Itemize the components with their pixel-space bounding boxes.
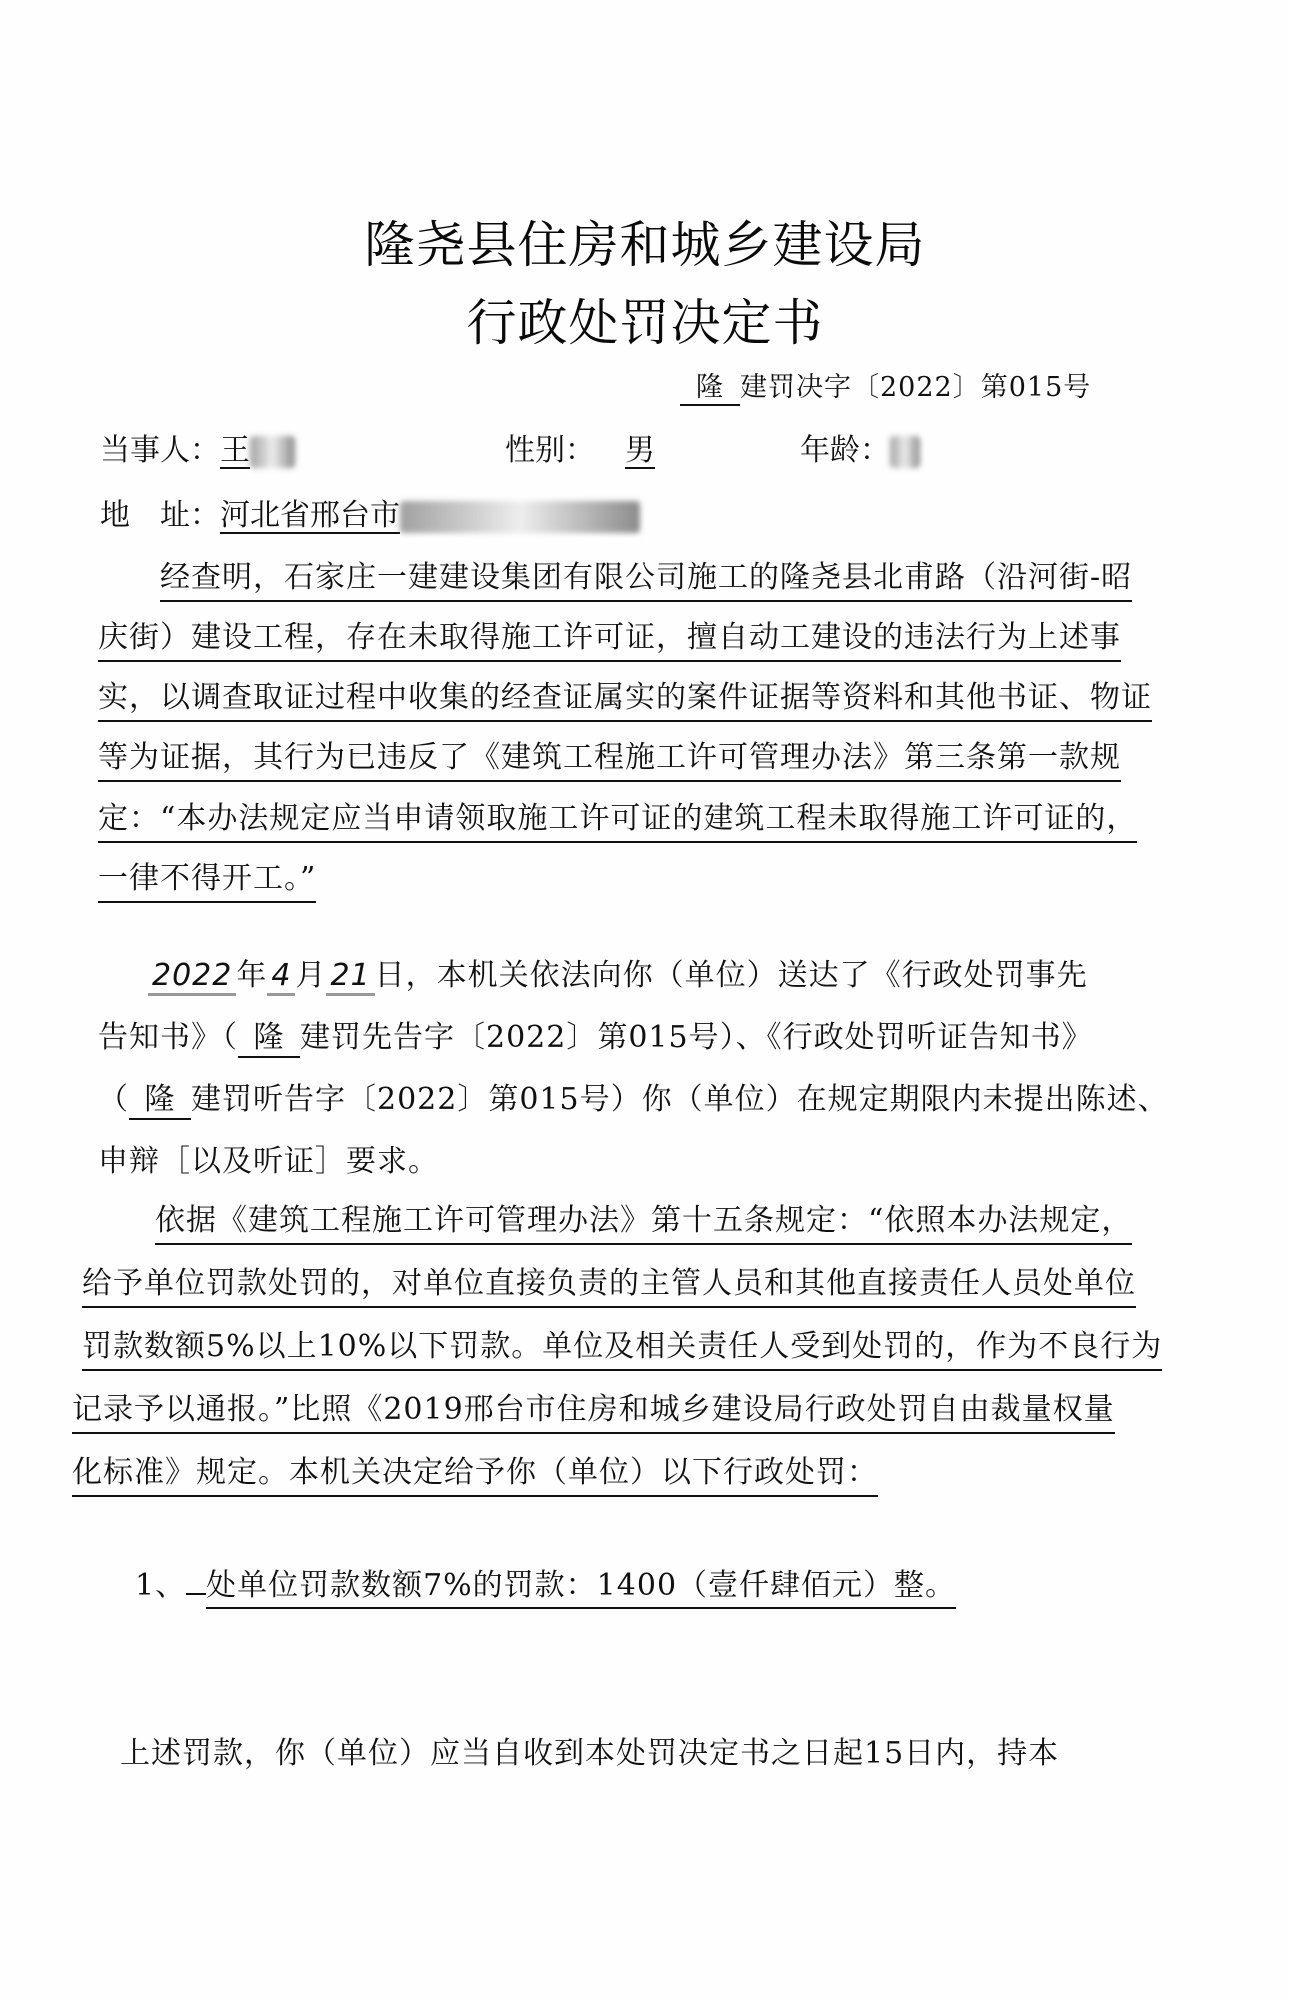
party-gender-field: 性别：男 — [505, 425, 655, 469]
notification-line-4: 申辩［以及听证］要求。 — [98, 1136, 439, 1180]
legal-basis-line: 记录予以通报。”比照《2019邢台市住房和城乡建设局行政处罚自由裁量权量 — [72, 1384, 1115, 1434]
findings-line: 庆街）建设工程，存在未取得施工许可证，擅自动工建设的违法行为上述事 — [98, 612, 1121, 662]
legal-basis-line: 依据《建筑工程施工许可管理办法》第十五条规定：“依照本办法规定， — [155, 1195, 1132, 1245]
document-page: 隆尧县住房和城乡建设局 行政处罚决定书 隆建罚决字〔2022〕第015号 当事人… — [0, 0, 1290, 2000]
findings-line: 等为证据，其行为已违反了《建筑工程施工许可管理办法》第三条第一款规 — [98, 732, 1121, 782]
penalty-item: 1、处单位罚款数额7%的罚款：1400（壹仟肆佰元）整。 — [135, 1560, 956, 1604]
notification-text: 建罚先告字〔2022〕第015号）、《行政处罚听证告知书》 — [300, 1020, 1093, 1055]
issuing-authority-title: 隆尧县住房和城乡建设局 — [0, 205, 1290, 277]
legal-basis-line: 化标准》规定。本机关决定给予你（单位）以下行政处罚： — [72, 1447, 878, 1497]
notification-text: （ — [98, 1082, 129, 1117]
handwritten-day: 21 — [326, 958, 374, 996]
doc-number-prefix: 隆 — [680, 365, 740, 406]
penalty-item-text: 处单位罚款数额7%的罚款：1400（壹仟肆佰元）整。 — [206, 1568, 956, 1609]
notification-text: 告知书》（ — [98, 1020, 238, 1055]
findings-line: 经查明，石家庄一建建设集团有限公司施工的隆尧县北甫路（沿河街-昭 — [160, 552, 1132, 602]
redacted-age — [890, 436, 920, 468]
findings-line: 一律不得开工。” — [98, 853, 316, 903]
party-name-field: 当事人：王 — [100, 425, 295, 469]
redacted-name — [250, 436, 295, 468]
party-address-value: 河北省邢台市 — [220, 498, 400, 533]
prefix-blank: 隆 — [238, 1012, 300, 1058]
findings-line: 定：“本办法规定应当申请领取施工许可证的建筑工程未取得施工许可证的， — [98, 793, 1137, 843]
document-number: 隆建罚决字〔2022〕第015号 — [680, 365, 1091, 406]
party-name-value: 王 — [220, 433, 250, 468]
findings-line: 实，以调查取证过程中收集的经查证属实的案件证据等资料和其他书证、物证 — [98, 672, 1152, 722]
month-suffix: 月 — [295, 958, 326, 993]
party-name-label: 当事人： — [100, 433, 220, 468]
handwritten-month: 4 — [267, 958, 295, 996]
document-type-title: 行政处罚决定书 — [0, 283, 1290, 355]
party-age-label: 年龄： — [800, 433, 890, 468]
party-age-field: 年龄： — [800, 425, 920, 469]
prefix-blank: 隆 — [129, 1074, 191, 1120]
notification-line-1: 2022年4月21日，本机关依法向你（单位）送达了《行政处罚事先 — [148, 950, 1088, 996]
year-suffix: 年 — [236, 958, 267, 993]
party-address-label: 地 址： — [100, 498, 220, 533]
redacted-address — [400, 501, 640, 533]
notification-line-2: 告知书》（隆建罚先告字〔2022〕第015号）、《行政处罚听证告知书》 — [98, 1012, 1093, 1058]
penalty-item-number: 1、 — [135, 1568, 186, 1603]
payment-instruction-line: 上述罚款，你（单位）应当自收到本处罚决定书之日起15日内，持本 — [120, 1728, 1059, 1772]
doc-number-text: 建罚决字〔2022〕第015号 — [740, 372, 1091, 403]
notification-text: 建罚听告字〔2022〕第015号）你（单位）在规定期限内未提出陈述、 — [191, 1082, 1169, 1117]
party-gender-value: 男 — [625, 433, 655, 468]
party-gender-label: 性别： — [505, 433, 595, 468]
notification-line-3: （隆建罚听告字〔2022〕第015号）你（单位）在规定期限内未提出陈述、 — [98, 1074, 1169, 1120]
handwritten-year: 2022 — [148, 958, 236, 996]
legal-basis-line: 罚款数额5%以上10%以下罚款。单位及相关责任人受到处罚的，作为不良行为 — [82, 1321, 1162, 1371]
notification-text: 日，本机关依法向你（单位）送达了《行政处罚事先 — [375, 958, 1088, 993]
party-address-field: 地 址：河北省邢台市 — [100, 490, 640, 534]
legal-basis-line: 给予单位罚款处罚的，对单位直接负责的主管人员和其他直接责任人员处单位 — [82, 1258, 1136, 1308]
